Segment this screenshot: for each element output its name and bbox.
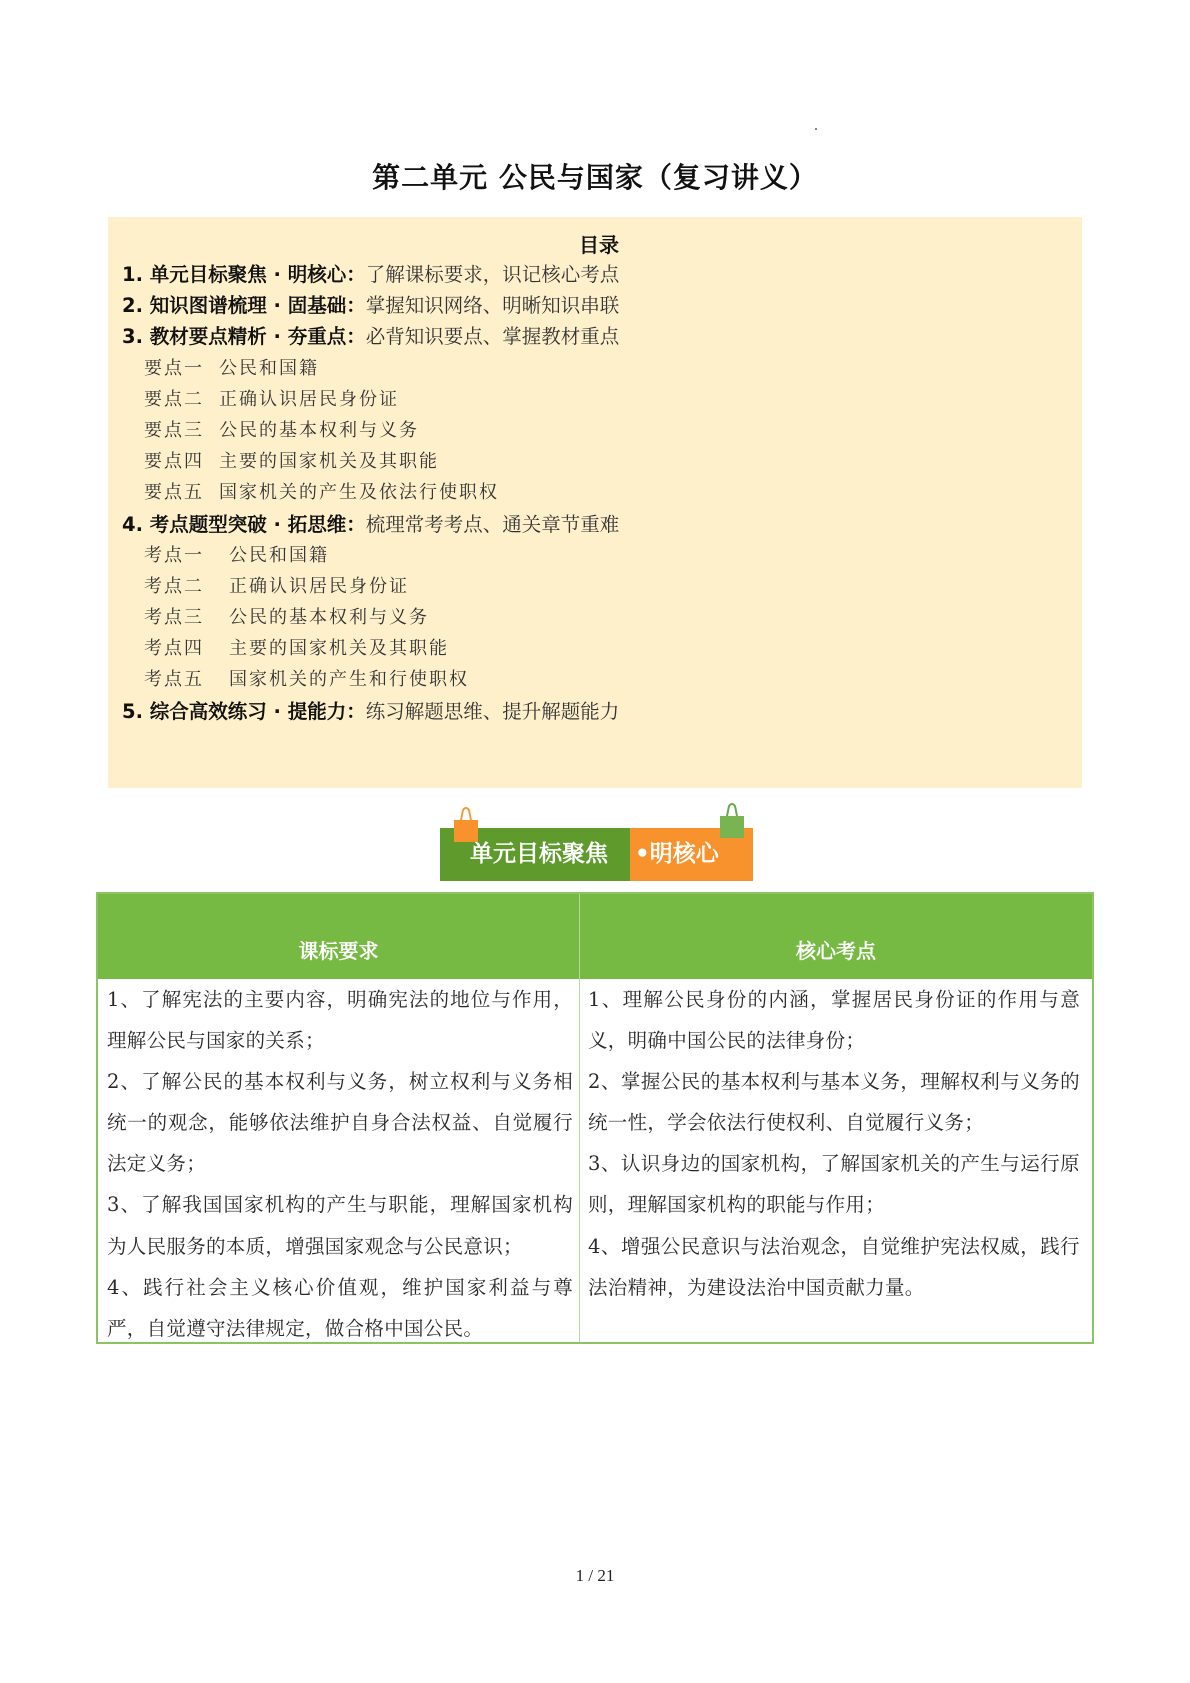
toc-section-desc: 了解课标要求，识记核心考点 <box>366 263 620 286</box>
toc-section-desc: 练习解题思维、提升解题能力 <box>366 700 620 723</box>
toc-key-point-label: 要点三 <box>144 415 219 446</box>
toc-key-point-5[interactable]: 要点五国家机关的产生及依法行使职权 <box>122 477 619 508</box>
table-of-contents: 目录 1. 单元目标聚焦 · 明核心：了解课标要求，识记核心考点 2. 知识图谱… <box>108 217 1082 788</box>
page-number: 1 / 21 <box>0 1566 1190 1586</box>
curriculum-item: 4、践行社会主义核心价值观，维护国家利益与尊严，自觉遵守法律规定，做合格中国公民… <box>107 1267 573 1349</box>
toc-key-point-label: 要点二 <box>144 384 219 415</box>
core-point-item: 2、掌握公民的基本权利与基本义务，理解权利与义务的统一性，学会依法行使权利、自觉… <box>588 1061 1080 1143</box>
core-point-item: 1、理解公民身份的内涵，掌握居民身份证的作用与意义，明确中国公民的法律身份； <box>588 979 1080 1061</box>
curriculum-item: 3、了解我国国家机构的产生与职能，理解国家机构为人民服务的本质，增强国家观念与公… <box>107 1184 573 1266</box>
core-points-cell: 1、理解公民身份的内涵，掌握居民身份证的作用与意义，明确中国公民的法律身份； 2… <box>580 979 1092 1308</box>
toc-key-point-text: 国家机关的产生及依法行使职权 <box>219 482 499 503</box>
binder-clip-icon <box>718 802 746 840</box>
toc-exam-point-5[interactable]: 考点五国家机关的产生和行使职权 <box>122 664 619 695</box>
toc-heading: 目录 <box>108 229 1082 258</box>
banner-title: 单元目标聚焦 <box>470 828 608 881</box>
toc-key-point-text: 公民的基本权利与义务 <box>219 420 419 441</box>
unit-goals-table: 课标要求 1、了解宪法的主要内容，明确宪法的地位与作用，理解公民与国家的关系； … <box>96 892 1094 1344</box>
toc-exam-point-label: 考点四 <box>144 633 229 664</box>
curriculum-item: 2、了解公民的基本权利与义务，树立权利与义务相统一的观念，能够依法维护自身合法权… <box>107 1061 573 1184</box>
toc-list: 1. 单元目标聚焦 · 明核心：了解课标要求，识记核心考点 2. 知识图谱梳理 … <box>122 259 619 727</box>
page-speck <box>815 128 817 130</box>
toc-exam-point-text: 国家机关的产生和行使职权 <box>229 669 469 690</box>
toc-exam-point-1[interactable]: 考点一公民和国籍 <box>122 540 619 571</box>
toc-section-desc: 必背知识要点、掌握教材重点 <box>366 325 620 348</box>
curriculum-item: 1、了解宪法的主要内容，明确宪法的地位与作用，理解公民与国家的关系； <box>107 979 573 1061</box>
banner-subtitle: •明核心 <box>635 828 719 881</box>
toc-exam-point-label: 考点五 <box>144 664 229 695</box>
toc-exam-point-4[interactable]: 考点四主要的国家机关及其职能 <box>122 633 619 664</box>
toc-key-point-2[interactable]: 要点二正确认识居民身份证 <box>122 384 619 415</box>
toc-section-1[interactable]: 1. 单元目标聚焦 · 明核心：了解课标要求，识记核心考点 <box>122 259 619 290</box>
toc-section-label: 3. 教材要点精析 · 夯重点： <box>122 325 366 348</box>
toc-section-desc: 梳理常考考点、通关章节重难 <box>366 513 620 536</box>
toc-section-5[interactable]: 5. 综合高效练习 · 提能力：练习解题思维、提升解题能力 <box>122 696 619 727</box>
toc-exam-point-3[interactable]: 考点三公民的基本权利与义务 <box>122 602 619 633</box>
toc-section-2[interactable]: 2. 知识图谱梳理 · 固基础：掌握知识网络、明晰知识串联 <box>122 290 619 321</box>
toc-section-desc: 掌握知识网络、明晰知识串联 <box>366 294 620 317</box>
toc-key-point-text: 公民和国籍 <box>219 358 319 379</box>
core-point-item: 4、增强公民意识与法治观念，自觉维护宪法权威，践行法治精神，为建设法治中国贡献力… <box>588 1226 1080 1308</box>
toc-section-4[interactable]: 4. 考点题型突破 · 拓思维：梳理常考考点、通关章节重难 <box>122 509 619 540</box>
toc-exam-point-text: 公民和国籍 <box>229 545 329 566</box>
toc-exam-point-label: 考点三 <box>144 602 229 633</box>
toc-key-point-text: 主要的国家机关及其职能 <box>219 451 439 472</box>
toc-key-point-1[interactable]: 要点一公民和国籍 <box>122 353 619 384</box>
toc-key-point-label: 要点五 <box>144 477 219 508</box>
section-banner: 单元目标聚焦 •明核心 <box>440 828 753 881</box>
toc-section-label: 4. 考点题型突破 · 拓思维： <box>122 513 366 536</box>
toc-key-point-3[interactable]: 要点三公民的基本权利与义务 <box>122 415 619 446</box>
toc-exam-point-2[interactable]: 考点二正确认识居民身份证 <box>122 571 619 602</box>
toc-exam-point-label: 考点一 <box>144 540 229 571</box>
toc-key-point-label: 要点四 <box>144 446 219 477</box>
toc-exam-point-text: 正确认识居民身份证 <box>229 576 409 597</box>
toc-key-point-text: 正确认识居民身份证 <box>219 389 399 410</box>
curriculum-cell: 1、了解宪法的主要内容，明确宪法的地位与作用，理解公民与国家的关系； 2、了解公… <box>98 979 579 1349</box>
column-header-curriculum: 课标要求 <box>98 894 579 979</box>
toc-key-point-label: 要点一 <box>144 353 219 384</box>
toc-exam-point-label: 考点二 <box>144 571 229 602</box>
toc-section-label: 1. 单元目标聚焦 · 明核心： <box>122 263 366 286</box>
toc-section-label: 2. 知识图谱梳理 · 固基础： <box>122 294 366 317</box>
binder-clip-icon <box>452 806 480 844</box>
toc-exam-point-text: 主要的国家机关及其职能 <box>229 638 449 659</box>
column-header-core-points: 核心考点 <box>580 894 1092 979</box>
toc-exam-point-text: 公民的基本权利与义务 <box>229 607 429 628</box>
core-points-column: 核心考点 1、理解公民身份的内涵，掌握居民身份证的作用与意义，明确中国公民的法律… <box>580 894 1092 1342</box>
curriculum-column: 课标要求 1、了解宪法的主要内容，明确宪法的地位与作用，理解公民与国家的关系； … <box>98 894 580 1342</box>
core-point-item: 3、认识身边的国家机构，了解国家机关的产生与运行原则，理解国家机构的职能与作用； <box>588 1143 1080 1225</box>
toc-key-point-4[interactable]: 要点四主要的国家机关及其职能 <box>122 446 619 477</box>
toc-section-label: 5. 综合高效练习 · 提能力： <box>122 700 366 723</box>
document-title: 第二单元 公民与国家（复习讲义） <box>0 156 1190 196</box>
toc-section-3[interactable]: 3. 教材要点精析 · 夯重点：必背知识要点、掌握教材重点 <box>122 321 619 352</box>
